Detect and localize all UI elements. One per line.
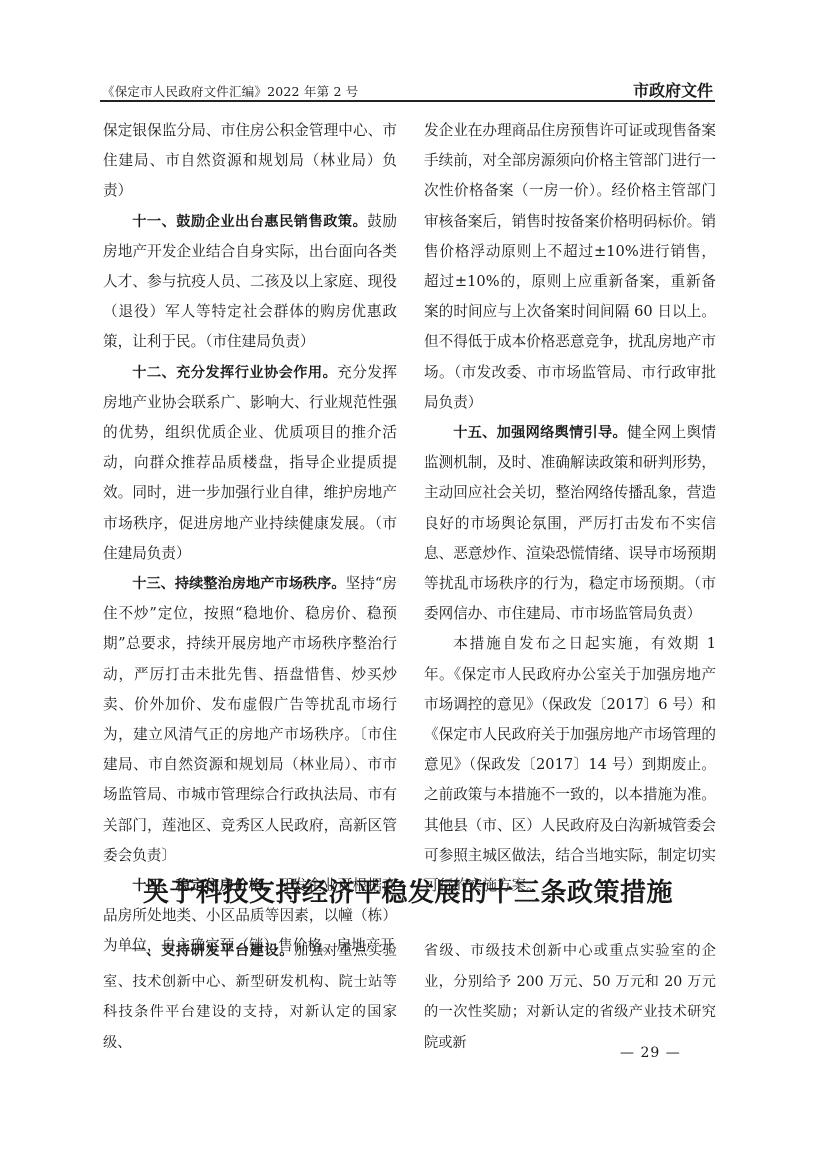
item-1-heading: 一、支持研发平台建设。 [131, 943, 294, 959]
item-12-heading: 十二、充分发挥行业协会作用。 [132, 365, 337, 381]
item-11-heading: 十一、鼓励企业出台惠民销售政策。 [132, 214, 367, 230]
paragraph-item-13: 十三、持续整治房地产市场秩序。坚持“房住不炒”定位，按照“稳地价、稳房价、稳预期… [103, 569, 397, 871]
item-13-body: 坚持“房住不炒”定位，按照“稳地价、稳房价、稳预期”总要求，持续开展房地产市场秩… [103, 575, 397, 864]
section-label: 市政府文件 [633, 78, 713, 101]
paragraph-item-15: 十五、加强网络舆情引导。健全网上舆情监测机制，及时、准确解读政策和研判形势，主动… [424, 418, 716, 629]
paragraph-item-14-continued: 发企业在办理商品住房预售许可证或现售备案手续前，对全部房源须向价格主管部门进行一… [424, 116, 716, 418]
item-12-body: 充分发挥房地产业协会联系广、影响大、行业规范性强的优势，组织优质企业、优质项目的… [103, 364, 397, 562]
page-number: — 29 — [620, 1045, 681, 1061]
item-15-body: 健全网上舆情监测机制，及时、准确解读政策和研判形势，主动回应社会关切，整治网络传… [424, 424, 716, 622]
item-15-heading: 十五、加强网络舆情引导。 [453, 425, 627, 441]
second-doc-right-column: 省级、市级技术创新中心或重点实验室的企业，分别给予 200 万元、50 万元和 … [424, 936, 716, 1058]
paragraph-continued: 保定银保监分局、市住房公积金管理中心、市住建局、市自然资源和规划局（林业局）负责… [103, 116, 397, 207]
right-column: 发企业在办理商品住房预售许可证或现售备案手续前，对全部房源须向价格主管部门进行一… [424, 116, 716, 901]
item-11-body: 鼓励房地产开发企业结合自身实际，出台面向各类人才、参与抗疫人员、二孩及以上家庭、… [103, 213, 397, 351]
closing-paragraph: 本措施自发布之日起实施，有效期 1 年。《保定市人民政府办公室关于加强房地产市场… [424, 629, 716, 901]
paragraph-item-1-continued: 省级、市级技术创新中心或重点实验室的企业，分别给予 200 万元、50 万元和 … [424, 936, 716, 1058]
running-header: 《保定市人民政府文件汇编》2022 年第 2 号 市政府文件 [100, 78, 715, 102]
paragraph-item-11: 十一、鼓励企业出台惠民销售政策。鼓励房地产开发企业结合自身实际，出台面向各类人才… [103, 207, 397, 358]
left-column: 保定银保监分局、市住房公积金管理中心、市住建局、市自然资源和规划局（林业局）负责… [103, 116, 397, 962]
paragraph-item-12: 十二、充分发挥行业协会作用。充分发挥房地产业协会联系广、影响大、行业规范性强的优… [103, 358, 397, 569]
document-title: 关于科技支持经济平稳发展的十三条政策措施 [0, 872, 816, 909]
item-13-heading: 十三、持续整治房地产市场秩序。 [132, 576, 345, 592]
second-doc-left-column: 一、支持研发平台建设。加强对重点实验室、技术创新中心、新型研发机构、院士站等科技… [103, 936, 397, 1058]
paragraph-item-1: 一、支持研发平台建设。加强对重点实验室、技术创新中心、新型研发机构、院士站等科技… [103, 936, 397, 1058]
item-1-body: 加强对重点实验室、技术创新中心、新型研发机构、院士站等科技条件平台建设的支持，对… [103, 943, 397, 1051]
publication-title: 《保定市人民政府文件汇编》2022 年第 2 号 [102, 82, 359, 100]
